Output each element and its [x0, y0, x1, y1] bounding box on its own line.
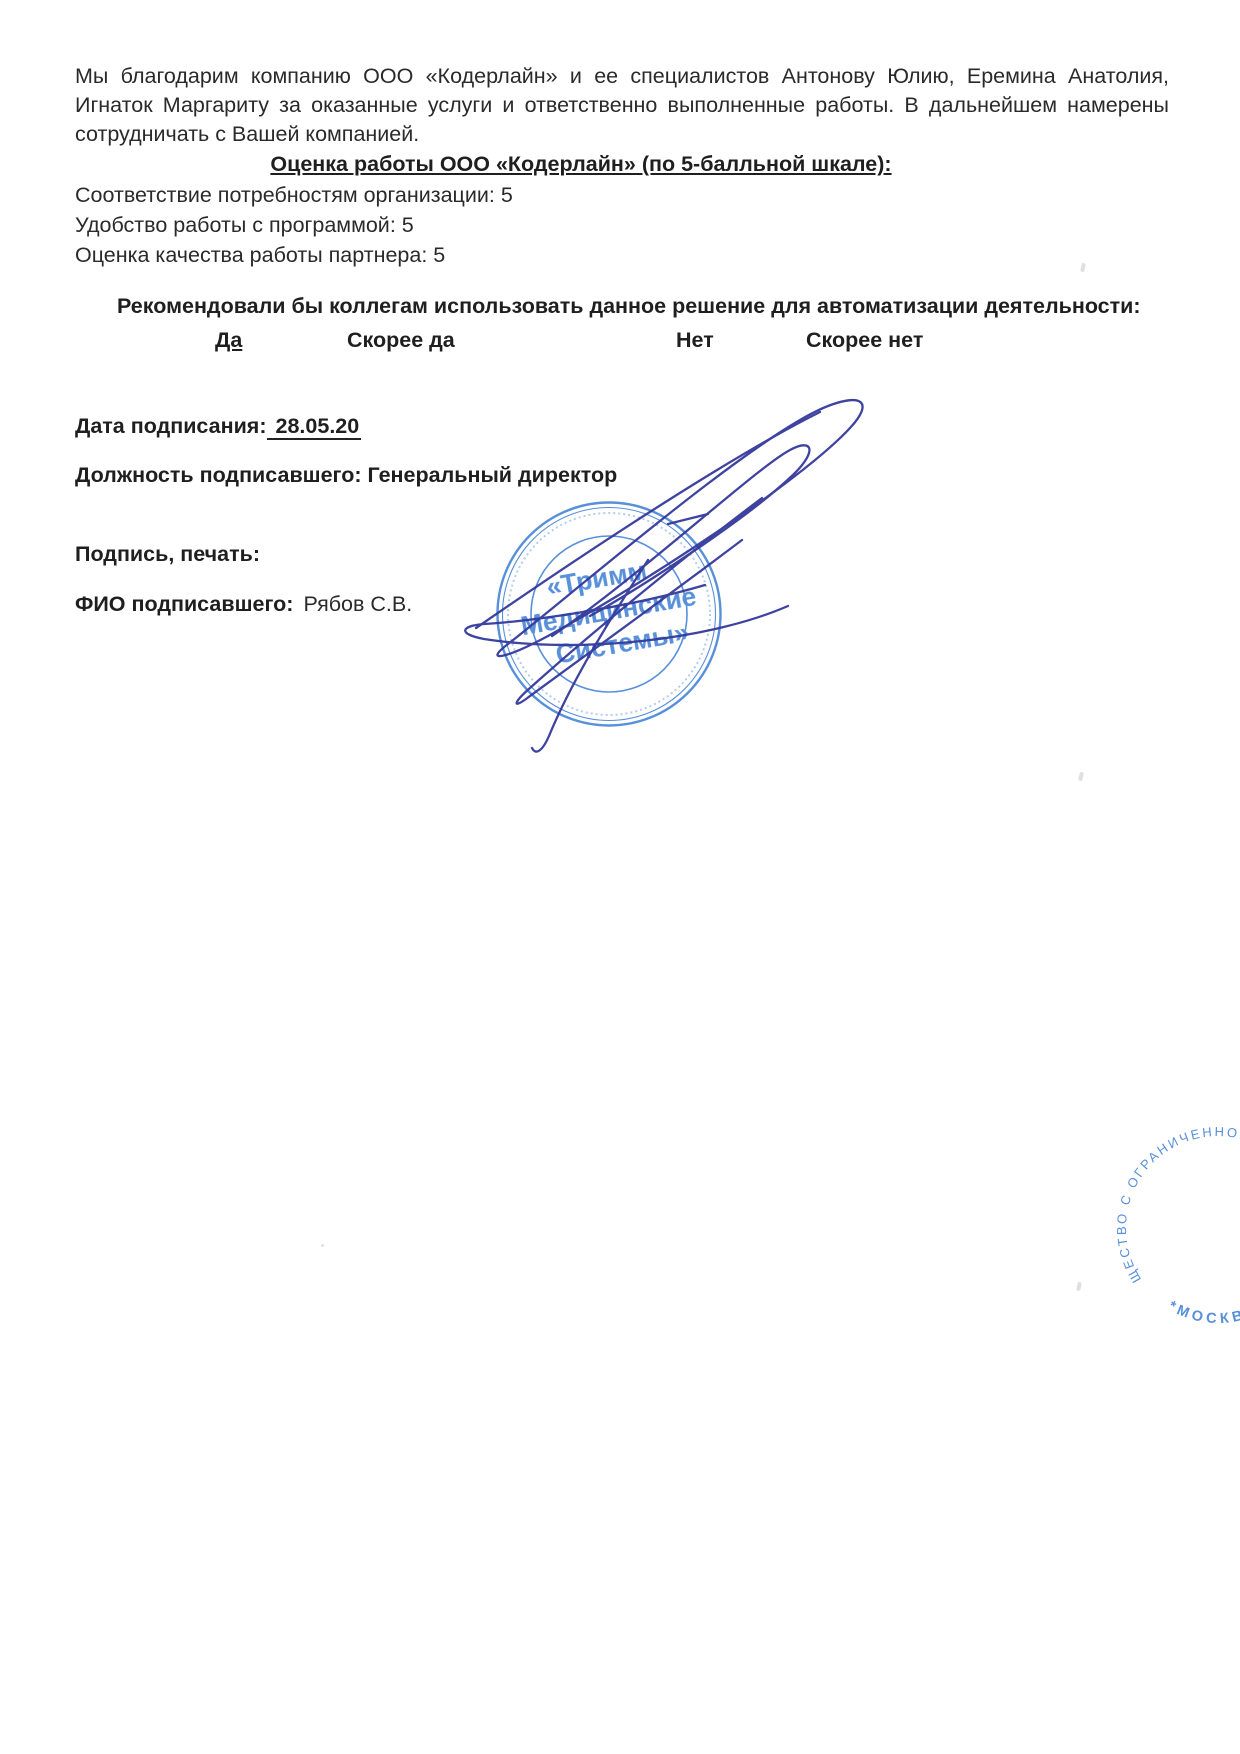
rating-value: 5 — [402, 213, 414, 237]
option-rather-no: Скорее нет — [806, 328, 923, 353]
signer-name-line: ФИО подписавшего:Рябов С.В. — [75, 590, 412, 619]
rating-row: Соответствие потребностям организации: 5 — [75, 181, 513, 211]
stamp-center-line3: Системы» — [553, 617, 691, 670]
scan-artifact — [321, 1244, 324, 1247]
ratings-list: Соответствие потребностям организации: 5… — [75, 181, 513, 271]
stamp-ring-text: ОБЩЕСТВО С ОГРАНИЧЕННОЙ ОТВЕТСТВЕННОСТЬЮ — [601, 602, 1240, 1285]
recommend-question: Рекомендовали бы коллегам использовать д… — [117, 292, 1157, 321]
rating-row: Оценка качества работы партнера: 5 — [75, 241, 513, 271]
option-yes-selected: Да — [215, 328, 242, 353]
signer-position-value: Генеральный директор — [368, 463, 618, 487]
signer-position-line: Должность подписавшего: Генеральный дире… — [75, 461, 617, 490]
scanned-document-page: Мы благодарим компанию ООО «Кодерлайн» и… — [0, 0, 1240, 1754]
option-rather-yes: Скорее да — [347, 328, 455, 353]
scan-artifact — [1076, 1282, 1082, 1292]
handwritten-signature — [465, 400, 862, 751]
signing-date-value: 28.05.20 — [267, 414, 362, 440]
rating-label: Оценка качества работы партнера: — [75, 243, 427, 267]
signature-seal-label: Подпись, печать: — [75, 540, 260, 569]
stamp-center-line2: Медицинские — [518, 581, 698, 641]
stamp-center-line1: «Тримм — [544, 555, 649, 602]
rating-label: Соответствие потребностям организации: — [75, 183, 495, 207]
stamp-city-text: *МОСКВА* — [1165, 1298, 1240, 1327]
scan-artifact — [1080, 263, 1086, 273]
signer-position-label: Должность подписавшего: — [75, 463, 362, 487]
option-no: Нет — [676, 328, 714, 353]
intro-paragraph: Мы благодарим компанию ООО «Кодерлайн» и… — [75, 62, 1169, 149]
rating-heading: Оценка работы ООО «Кодерлайн» (по 5-балл… — [75, 150, 1087, 179]
signing-date-line: Дата подписания:28.05.20 — [75, 412, 361, 441]
signer-name-value: Рябов С.В. — [293, 592, 412, 616]
rating-row: Удобство работы с программой: 5 — [75, 211, 513, 241]
signer-name-label: ФИО подписавшего: — [75, 592, 293, 616]
rating-value: 5 — [501, 183, 513, 207]
recommend-options: Да Скорее да Нет Скорее нет — [0, 328, 1240, 358]
rating-label: Удобство работы с программой: — [75, 213, 396, 237]
rating-value: 5 — [433, 243, 445, 267]
signing-date-label: Дата подписания: — [75, 414, 267, 438]
scan-artifact — [1078, 772, 1084, 782]
company-stamp: ОБЩЕСТВО С ОГРАНИЧЕННОЙ ОТВЕТСТВЕННОСТЬЮ… — [498, 503, 1240, 1328]
